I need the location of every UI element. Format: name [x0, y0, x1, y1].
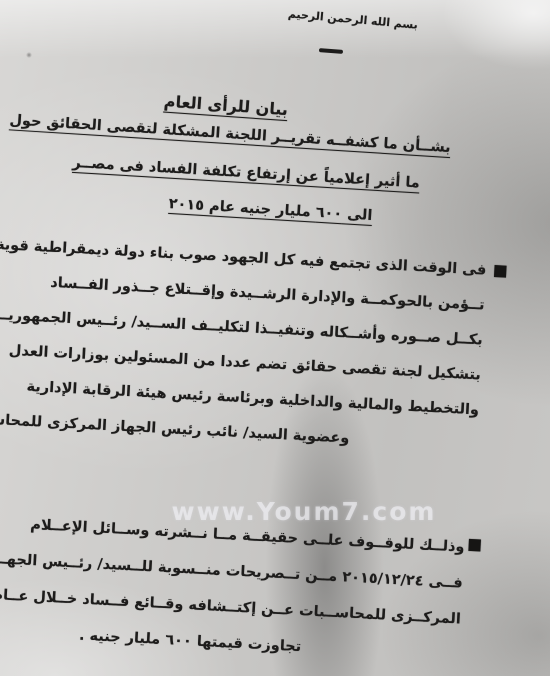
statement-title: بيان للرأى العام — [167, 92, 288, 119]
statement-subtitle-3: الى ٦٠٠ مليار جنيه عام ٢٠١٥ — [158, 195, 384, 224]
paragraph-2: وذلــك للوقــوف علــى حقيقــة مــا نــشر… — [17, 507, 466, 674]
bismillah-text: بسم الله الرحمن الرحيم — [288, 7, 419, 31]
square-bullet-icon — [468, 539, 481, 552]
square-bullet-icon — [494, 265, 507, 278]
scanned-document-page: بسم الله الرحمن الرحيم بيان للرأى العام … — [0, 0, 550, 676]
paragraph-1: فى الوقت الذى تجتمع فيه كل الجهود صوب بن… — [37, 231, 487, 464]
statement-subtitle-2: ما أثير إعلامياً عن إرتفاع تكلفة الفساد … — [100, 157, 420, 192]
statement-subtitle-1: بشــأن ما كشفــه تقريــر اللجنة المشكلة … — [66, 116, 451, 156]
divider-dash — [319, 48, 343, 53]
